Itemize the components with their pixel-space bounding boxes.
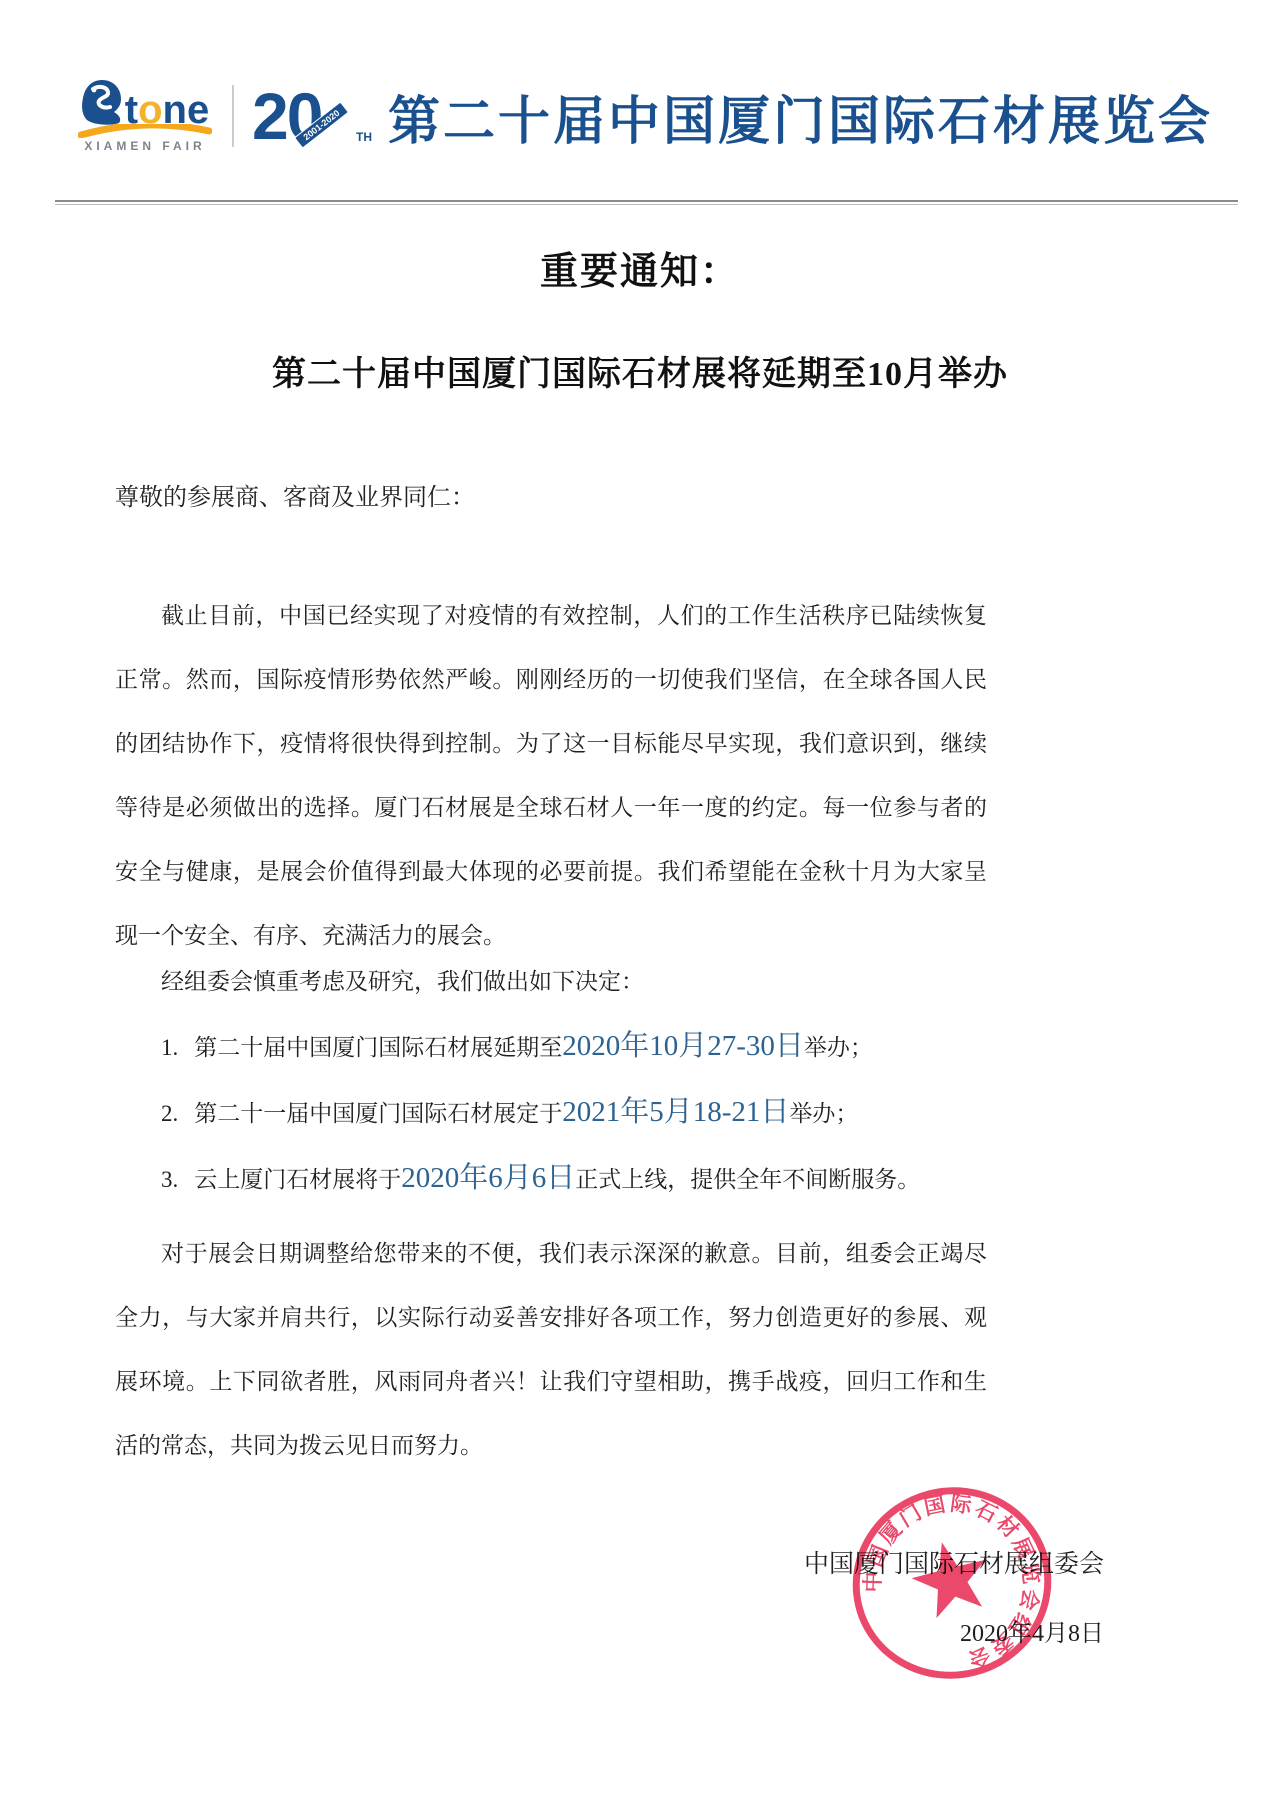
seal-star-icon xyxy=(905,1533,996,1622)
decision-intro: 经组委会慎重考虑及研究，我们做出如下决定： xyxy=(115,950,995,1014)
paragraph-situation: 截止目前，中国已经实现了对疫情的有效控制，人们的工作生活秩序已陆续恢复正常。然而… xyxy=(115,584,987,968)
decision-date-highlight: 2021年5月18-21日 xyxy=(562,1096,789,1128)
dragon-s-icon xyxy=(81,79,123,130)
decision-text-after: 举办； xyxy=(804,1035,873,1060)
salutation: 尊敬的参展商、客商及业界同仁： xyxy=(115,482,475,514)
notice-page: tone XIAMEN FAIR 20 2001-2020 TH 第二十届中国厦… xyxy=(0,0,1280,1810)
decision-number: 1. xyxy=(161,1035,178,1060)
decision-number: 3. xyxy=(161,1167,178,1192)
official-seal-stamp: 中国厦门国际石材展览会组委会 xyxy=(848,1483,1056,1683)
logo-divider xyxy=(232,85,234,147)
anniversary-th-suffix: TH xyxy=(356,130,372,144)
decision-item-1: 1.第二十届中国厦门国际石材展延期至2020年10月27-30日举办； xyxy=(115,1014,995,1080)
notice-title: 重要通知： xyxy=(0,240,1280,295)
decision-text-after: 正式上线，提供全年不间断服务。 xyxy=(575,1167,920,1192)
xiamen-fair-label: XIAMEN FAIR xyxy=(84,139,205,153)
decision-text-after: 举办； xyxy=(789,1101,858,1126)
anniversary-20th-logo: 20 2001-2020 TH xyxy=(252,78,370,154)
decision-text: 云上厦门石材展将于 xyxy=(194,1167,401,1192)
decision-date-highlight: 2020年6月6日 xyxy=(401,1162,575,1194)
notice-subtitle: 第二十届中国厦门国际石材展将延期至10月举办 xyxy=(0,346,1280,395)
decision-item-2: 2.第二十一届中国厦门国际石材展定于2021年5月18-21日举办； xyxy=(115,1080,995,1146)
paragraph-apology: 对于展会日期调整给您带来的不便，我们表示深深的歉意。目前，组委会正竭尽全力，与大… xyxy=(115,1222,987,1478)
stone-fair-logo: tone XIAMEN FAIR xyxy=(76,79,214,153)
header-divider-line xyxy=(55,200,1238,205)
page-header: tone XIAMEN FAIR 20 2001-2020 TH 第二十届中国厦… xyxy=(76,78,1213,154)
decision-text: 第二十届中国厦门国际石材展延期至 xyxy=(194,1035,562,1060)
decisions-section: 经组委会慎重考虑及研究，我们做出如下决定： 1.第二十届中国厦门国际石材展延期至… xyxy=(115,950,995,1212)
decision-number: 2. xyxy=(161,1101,178,1126)
decision-item-3: 3.云上厦门石材展将于2020年6月6日正式上线，提供全年不间断服务。 xyxy=(115,1146,995,1212)
fair-title: 第二十届中国厦门国际石材展览会 xyxy=(388,79,1213,154)
anniversary-number: 20 xyxy=(252,78,370,154)
stone-wordmark: tone xyxy=(81,79,209,130)
decision-date-highlight: 2020年10月27-30日 xyxy=(562,1030,804,1062)
decision-text: 第二十一届中国厦门国际石材展定于 xyxy=(194,1101,562,1126)
